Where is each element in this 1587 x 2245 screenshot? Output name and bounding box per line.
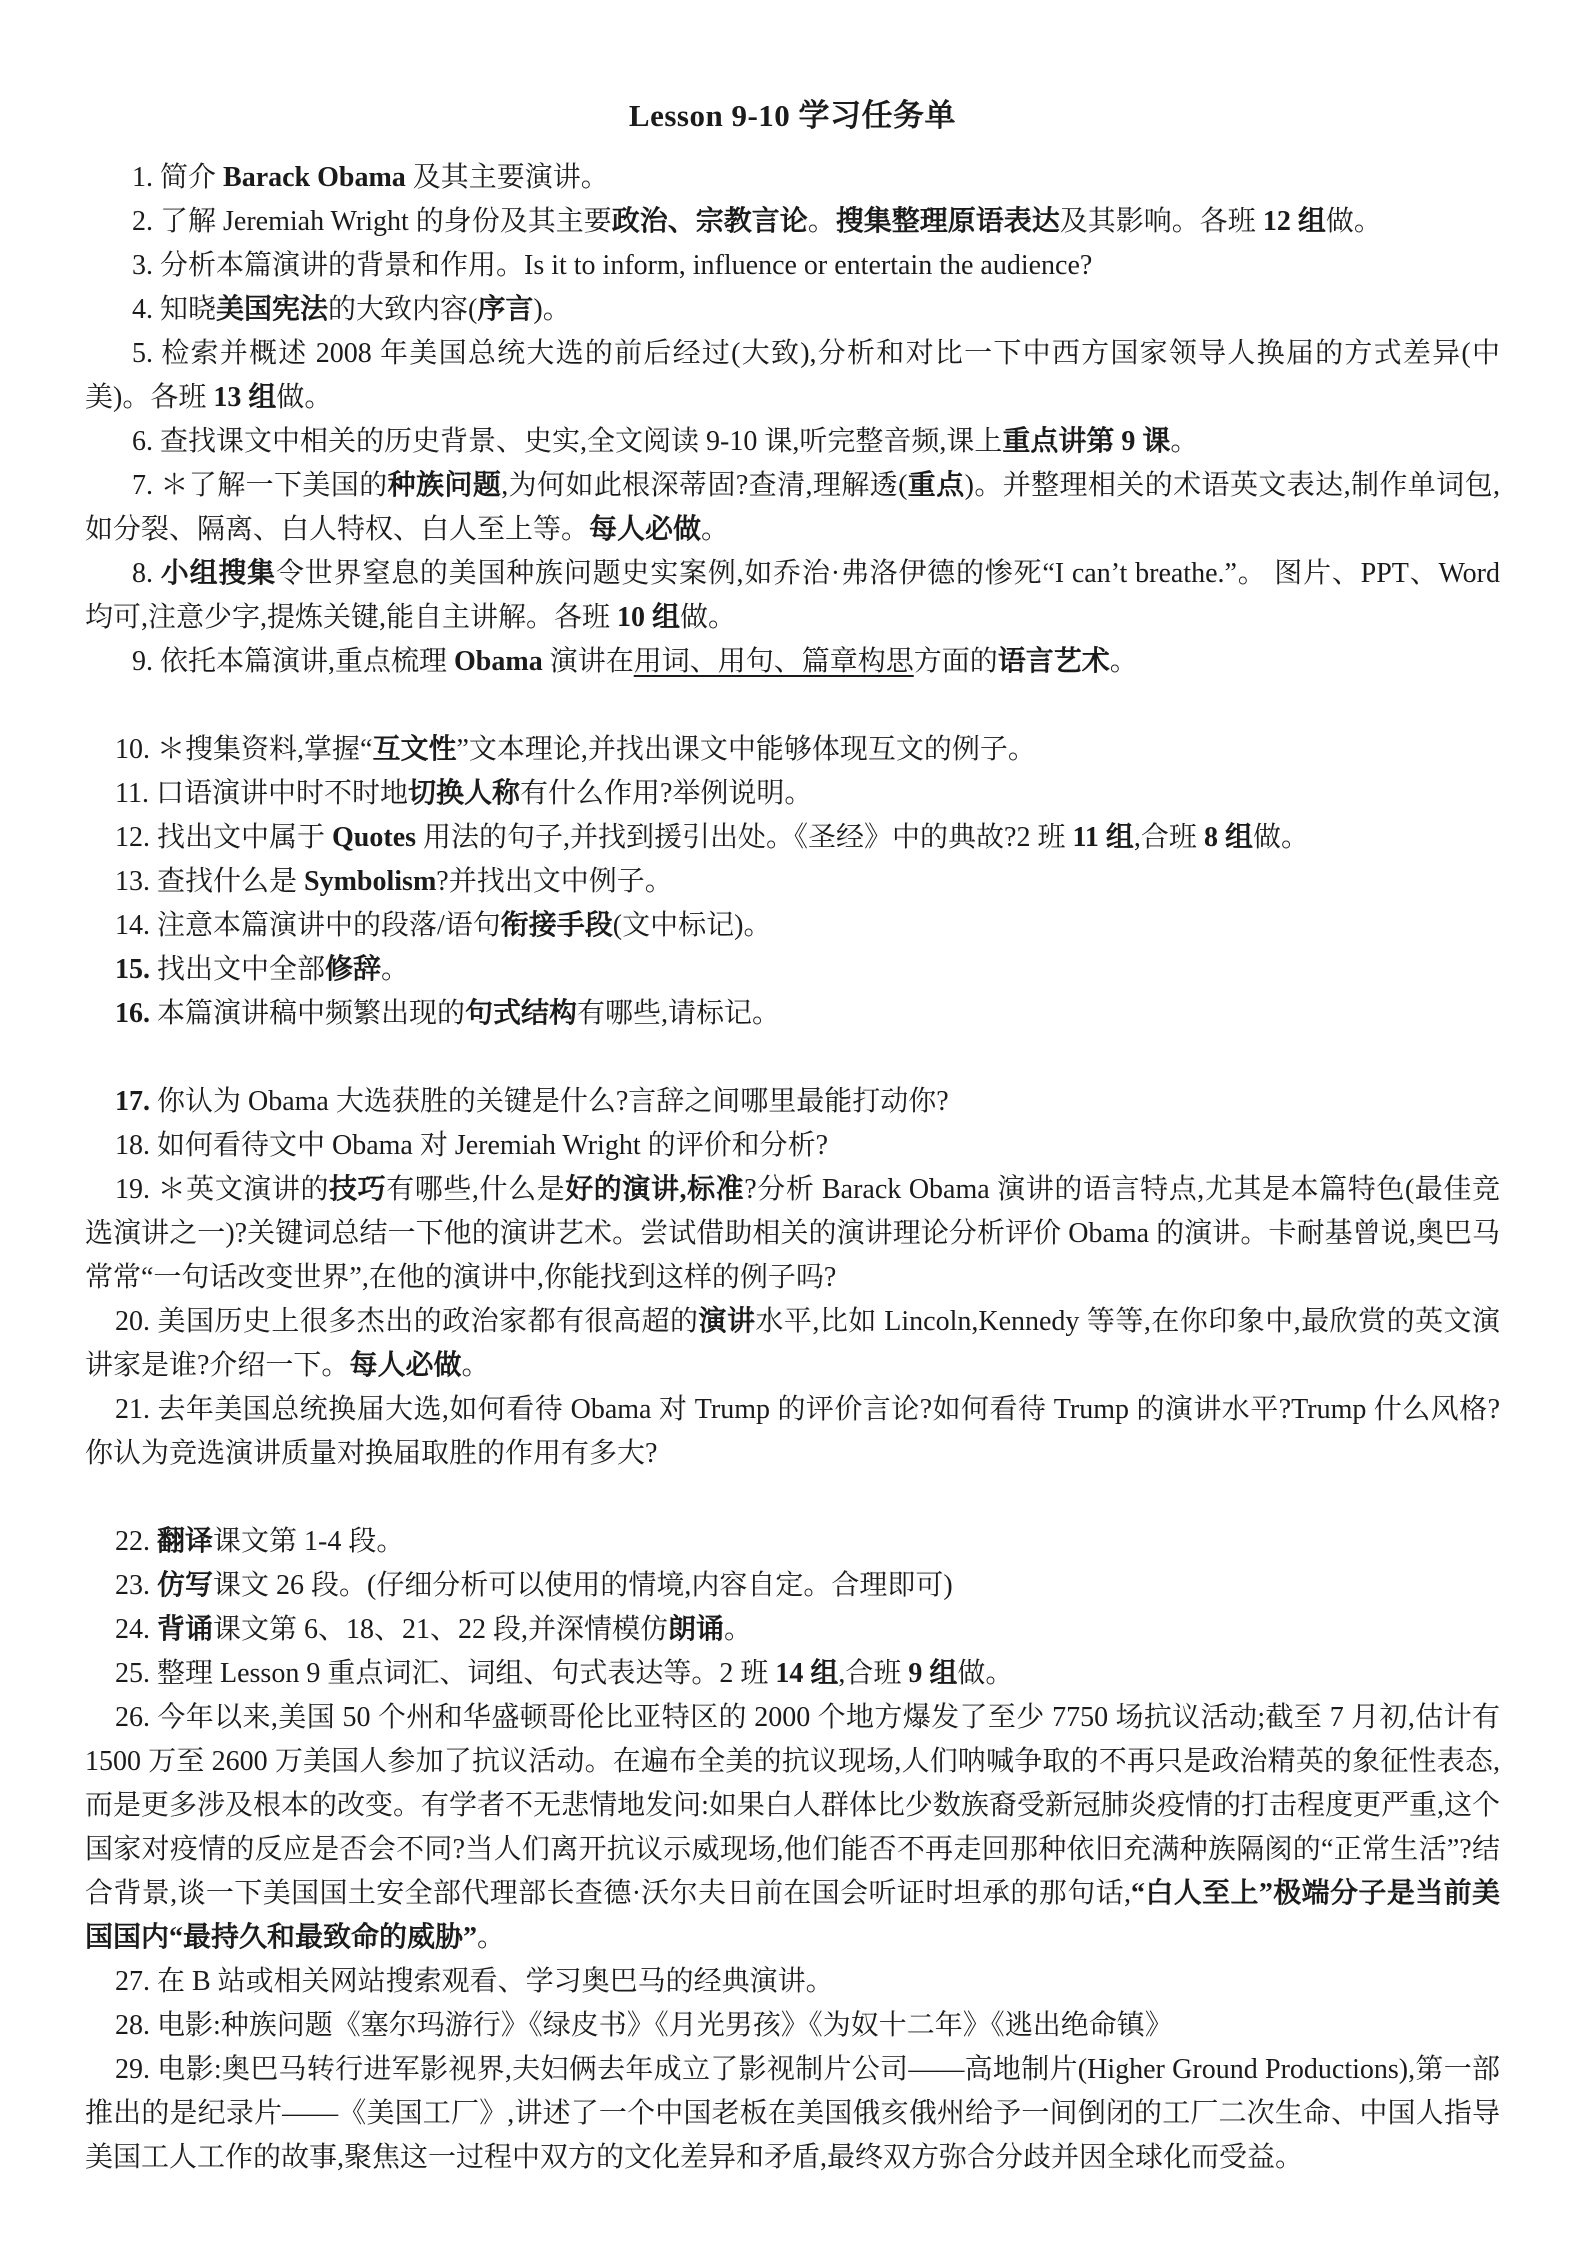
item-text-segment: 简介 (160, 162, 223, 193)
item-text-segment: 修辞 (325, 954, 381, 985)
item-text-segment: 10 组 (617, 602, 680, 633)
item-text-segment: 做。 (1253, 822, 1309, 853)
item-text-segment: 背诵 (157, 1614, 213, 1645)
task-item: 2. 了解 Jeremiah Wright 的身份及其主要政治、宗教言论。搜集整… (85, 200, 1500, 244)
item-text-segment: ,为何如此根深蒂固?查清,理解透( (501, 470, 907, 501)
item-text-segment: 句式结构 (465, 998, 577, 1029)
item-number: 19. (115, 1174, 158, 1205)
item-text-segment: ＊搜集资料,掌握“ (157, 734, 372, 765)
item-text-segment: 互文性 (372, 734, 456, 765)
item-number: 21. (115, 1394, 157, 1425)
task-item: 27. 在 B 站或相关网站搜索观看、学习奥巴马的经典演讲。 (85, 1960, 1500, 2004)
item-text-segment: (文中标记)。 (613, 910, 772, 941)
item-text-segment: 重点讲第 9 课 (1002, 426, 1170, 457)
task-item: 5. 检索并概述 2008 年美国总统大选的前后经过(大致),分析和对比一下中西… (85, 332, 1500, 420)
item-text-segment: 做。 (957, 1658, 1013, 1689)
item-text-segment: 方面的 (914, 646, 998, 677)
item-text-segment: 种族问题 (388, 470, 502, 501)
item-number: 10. (115, 734, 157, 765)
item-number: 17. (115, 1086, 157, 1117)
task-item: 20. 美国历史上很多杰出的政治家都有很高超的演讲水平,比如 Lincoln,K… (85, 1300, 1500, 1388)
item-number: 22. (115, 1526, 157, 1557)
item-text-segment: 12 组 (1263, 206, 1326, 237)
item-text-segment: 演讲 (698, 1306, 755, 1337)
item-number: 27. (115, 1966, 157, 1997)
item-number: 1. (132, 162, 160, 193)
item-text-segment: 。 (477, 1922, 505, 1953)
task-item: 17. 你认为 Obama 大选获胜的关键是什么?言辞之间哪里最能打动你? (85, 1080, 1500, 1124)
item-text-segment: 去年美国总统换届大选,如何看待 Obama 对 Trump 的评价言论?如何看待… (85, 1394, 1500, 1469)
item-text-segment: 用法的句子,并找到援引出处。《圣经》中的典故?2 班 (416, 822, 1072, 853)
task-list: 1. 简介 Barack Obama 及其主要演讲。2. 了解 Jeremiah… (85, 156, 1500, 2180)
item-text-segment: 技巧 (329, 1174, 386, 1205)
task-item: 6. 查找课文中相关的历史背景、史实,全文阅读 9-10 课,听完整音频,课上重… (85, 420, 1500, 464)
item-text-segment: ＊了解一下美国的 (160, 470, 387, 501)
item-text-segment: 。 (1110, 646, 1138, 677)
task-item: 25. 整理 Lesson 9 重点词汇、词组、句式表达等。2 班 14 组,合… (85, 1652, 1500, 1696)
item-text-segment: ＊英文演讲的 (158, 1174, 329, 1205)
task-item: 24. 背诵课文第 6、18、21、22 段,并深情模仿朗诵。 (85, 1608, 1500, 1652)
item-text-segment: 做。 (680, 602, 736, 633)
item-text-segment: 14 组 (775, 1658, 838, 1689)
item-text-segment: 电影:奥巴马转行进军影视界,夫妇俩去年成立了影视制片公司——高地制片(Highe… (85, 2054, 1500, 2173)
task-item: 7. ＊了解一下美国的种族问题,为何如此根深蒂固?查清,理解透(重点)。并整理相… (85, 464, 1500, 552)
item-text-segment: 11 组 (1072, 822, 1133, 853)
task-item: 21. 去年美国总统换届大选,如何看待 Obama 对 Trump 的评价言论?… (85, 1388, 1500, 1476)
item-text-segment: 衔接手段 (501, 910, 613, 941)
item-text-segment: 仿写 (157, 1570, 213, 1601)
item-text-segment: 政治、宗教言论 (612, 206, 808, 237)
item-text-segment: 你认为 Obama 大选获胜的关键是什么?言辞之间哪里最能打动你? (157, 1086, 949, 1117)
task-item: 11. 口语演讲中时不时地切换人称有什么作用?举例说明。 (85, 772, 1500, 816)
item-text-segment: 美国历史上很多杰出的政治家都有很高超的 (157, 1306, 698, 1337)
item-text-segment: 美国宪法 (216, 294, 328, 325)
item-text-segment: 整理 Lesson 9 重点词汇、词组、句式表达等。2 班 (157, 1658, 775, 1689)
task-item: 18. 如何看待文中 Obama 对 Jeremiah Wright 的评价和分… (85, 1124, 1500, 1168)
item-text-segment: 注意本篇演讲中的段落/语句 (157, 910, 501, 941)
item-number: 29. (115, 2054, 157, 2085)
item-number: 23. (115, 1570, 157, 1601)
item-number: 11. (115, 778, 156, 809)
task-item: 29. 电影:奥巴马转行进军影视界,夫妇俩去年成立了影视制片公司——高地制片(H… (85, 2048, 1500, 2180)
item-number: 6. (132, 426, 160, 457)
item-text-segment: 课文第 6、18、21、22 段,并深情模仿 (213, 1614, 668, 1645)
item-number: 9. (132, 646, 160, 677)
item-number: 14. (115, 910, 157, 941)
item-text-segment: 知晓 (160, 294, 216, 325)
item-text-segment: ,合班 (1134, 822, 1204, 853)
item-text-segment: ,合班 (838, 1658, 908, 1689)
item-text-segment: ?并找出文中例子。 (436, 866, 672, 897)
task-item: 22. 翻译课文第 1-4 段。 (85, 1520, 1500, 1564)
item-text-segment: Barack Obama (223, 162, 406, 193)
item-number: 28. (115, 2010, 157, 2041)
task-item: 8. 小组搜集令世界窒息的美国种族问题史实案例,如乔治·弗洛伊德的惨死“I ca… (85, 552, 1500, 640)
item-text-segment: 演讲在 (543, 646, 634, 677)
item-text-segment: 翻译 (157, 1526, 213, 1557)
task-item: 23. 仿写课文 26 段。(仔细分析可以使用的情境,内容自定。合理即可) (85, 1564, 1500, 1608)
item-text-segment: 切换人称 (408, 778, 520, 809)
item-text-segment: 及其主要演讲。 (406, 162, 609, 193)
item-text-segment: 及其影响。各班 (1060, 206, 1263, 237)
item-text-segment: Obama (454, 646, 543, 677)
task-item: 3. 分析本篇演讲的背景和作用。Is it to inform, influen… (85, 244, 1500, 288)
item-text-segment: 电影:种族问题《塞尔玛游行》《绿皮书》《月光男孩》《为奴十二年》《逃出绝命镇》 (157, 2010, 1173, 2041)
item-text-segment: 朗诵 (668, 1614, 724, 1645)
item-number: 7. (132, 470, 160, 501)
item-text-segment: 的大致内容( (328, 294, 477, 325)
item-text-segment: 有哪些,什么是 (386, 1174, 565, 1205)
task-item: 12. 找出文中属于 Quotes 用法的句子,并找到援引出处。《圣经》中的典故… (85, 816, 1500, 860)
task-item: 1. 简介 Barack Obama 及其主要演讲。 (85, 156, 1500, 200)
item-text-segment: ”文本理论,并找出课文中能够体现互文的例子。 (456, 734, 1035, 765)
item-text-segment: 重点 (907, 470, 964, 501)
task-item: 15. 找出文中全部修辞。 (85, 948, 1500, 992)
item-text-segment: 8 组 (1204, 822, 1253, 853)
task-item: 4. 知晓美国宪法的大致内容(序言)。 (85, 288, 1500, 332)
item-text-segment: 有什么作用?举例说明。 (520, 778, 812, 809)
item-number: 12. (115, 822, 157, 853)
item-number: 3. (132, 250, 160, 281)
task-item: 9. 依托本篇演讲,重点梳理 Obama 演讲在用词、用句、篇章构思方面的语言艺… (85, 640, 1500, 684)
item-text-segment: 令世界窒息的美国种族问题史实案例,如乔治·弗洛伊德的惨死“I can’t bre… (85, 558, 1500, 633)
item-text-segment: 小组搜集 (161, 558, 276, 589)
item-text-segment: 做。 (276, 382, 332, 413)
item-number: 16. (115, 998, 157, 1029)
item-text-segment: 语言艺术 (998, 646, 1110, 677)
item-text-segment: 每人必做 (349, 1350, 461, 1381)
item-text-segment: Symbolism (304, 866, 436, 897)
item-text-segment: 9 组 (908, 1658, 957, 1689)
item-number: 8. (132, 558, 161, 589)
item-number: 15. (115, 954, 157, 985)
task-item: 28. 电影:种族问题《塞尔玛游行》《绿皮书》《月光男孩》《为奴十二年》《逃出绝… (85, 2004, 1500, 2048)
item-text-segment: 有哪些,请标记。 (577, 998, 780, 1029)
item-text-segment: 课文 26 段。(仔细分析可以使用的情境,内容自定。合理即可) (213, 1570, 953, 1601)
item-text-segment: )。 (533, 294, 570, 325)
task-item: 26. 今年以来,美国 50 个州和华盛顿哥伦比亚特区的 2000 个地方爆发了… (85, 1696, 1500, 1960)
item-text-segment: 依托本篇演讲,重点梳理 (160, 646, 454, 677)
item-text-segment: Quotes (332, 822, 416, 853)
item-text-segment: 做。 (1326, 206, 1382, 237)
item-text-segment: 如何看待文中 Obama 对 Jeremiah Wright 的评价和分析? (157, 1130, 828, 1161)
item-text-segment: 搜集整理原语表达 (836, 206, 1060, 237)
page-title: Lesson 9-10 学习任务单 (85, 92, 1500, 140)
item-text-segment: 在 B 站或相关网站搜索观看、学习奥巴马的经典演讲。 (157, 1966, 834, 1997)
item-text-segment: 序言 (477, 294, 533, 325)
task-item: 14. 注意本篇演讲中的段落/语句衔接手段(文中标记)。 (85, 904, 1500, 948)
task-item: 10. ＊搜集资料,掌握“互文性”文本理论,并找出课文中能够体现互文的例子。 (85, 728, 1500, 772)
item-number: 26. (115, 1702, 157, 1733)
item-number: 2. (132, 206, 160, 237)
item-text-segment: 13 组 (213, 382, 276, 413)
item-number: 24. (115, 1614, 157, 1645)
item-text-segment: 找出文中属于 (157, 822, 332, 853)
item-text-segment: 。 (381, 954, 409, 985)
item-text-segment: 用词、用句、篇章构思 (634, 646, 914, 677)
item-text-segment: 。 (461, 1350, 489, 1381)
item-text-segment: 。 (808, 206, 836, 237)
task-item: 19. ＊英文演讲的技巧有哪些,什么是好的演讲,标准?分析 Barack Oba… (85, 1168, 1500, 1300)
item-text-segment: 好的演讲,标准 (565, 1174, 744, 1205)
item-text-segment: 查找课文中相关的历史背景、史实,全文阅读 9-10 课,听完整音频,课上 (160, 426, 1002, 457)
item-text-segment: 每人必做 (589, 514, 701, 545)
item-text-segment: 分析本篇演讲的背景和作用。Is it to inform, influence … (160, 250, 1092, 281)
item-text-segment: 课文第 1-4 段。 (213, 1526, 404, 1557)
item-number: 13. (115, 866, 157, 897)
item-number: 4. (132, 294, 160, 325)
item-number: 5. (132, 338, 161, 369)
item-text-segment: 。 (724, 1614, 752, 1645)
item-text-segment: 。 (701, 514, 729, 545)
item-number: 20. (115, 1306, 157, 1337)
item-text-segment: 了解 Jeremiah Wright 的身份及其主要 (160, 206, 612, 237)
item-number: 18. (115, 1130, 157, 1161)
item-text-segment: 查找什么是 (157, 866, 304, 897)
item-text-segment: 本篇演讲稿中频繁出现的 (157, 998, 465, 1029)
document-page: Lesson 9-10 学习任务单 1. 简介 Barack Obama 及其主… (0, 0, 1587, 2245)
task-item: 13. 查找什么是 Symbolism?并找出文中例子。 (85, 860, 1500, 904)
task-item: 16. 本篇演讲稿中频繁出现的句式结构有哪些,请标记。 (85, 992, 1500, 1036)
item-text-segment: 口语演讲中时不时地 (156, 778, 408, 809)
item-text-segment: 找出文中全部 (157, 954, 325, 985)
item-text-segment: 。 (1170, 426, 1198, 457)
item-number: 25. (115, 1658, 157, 1689)
